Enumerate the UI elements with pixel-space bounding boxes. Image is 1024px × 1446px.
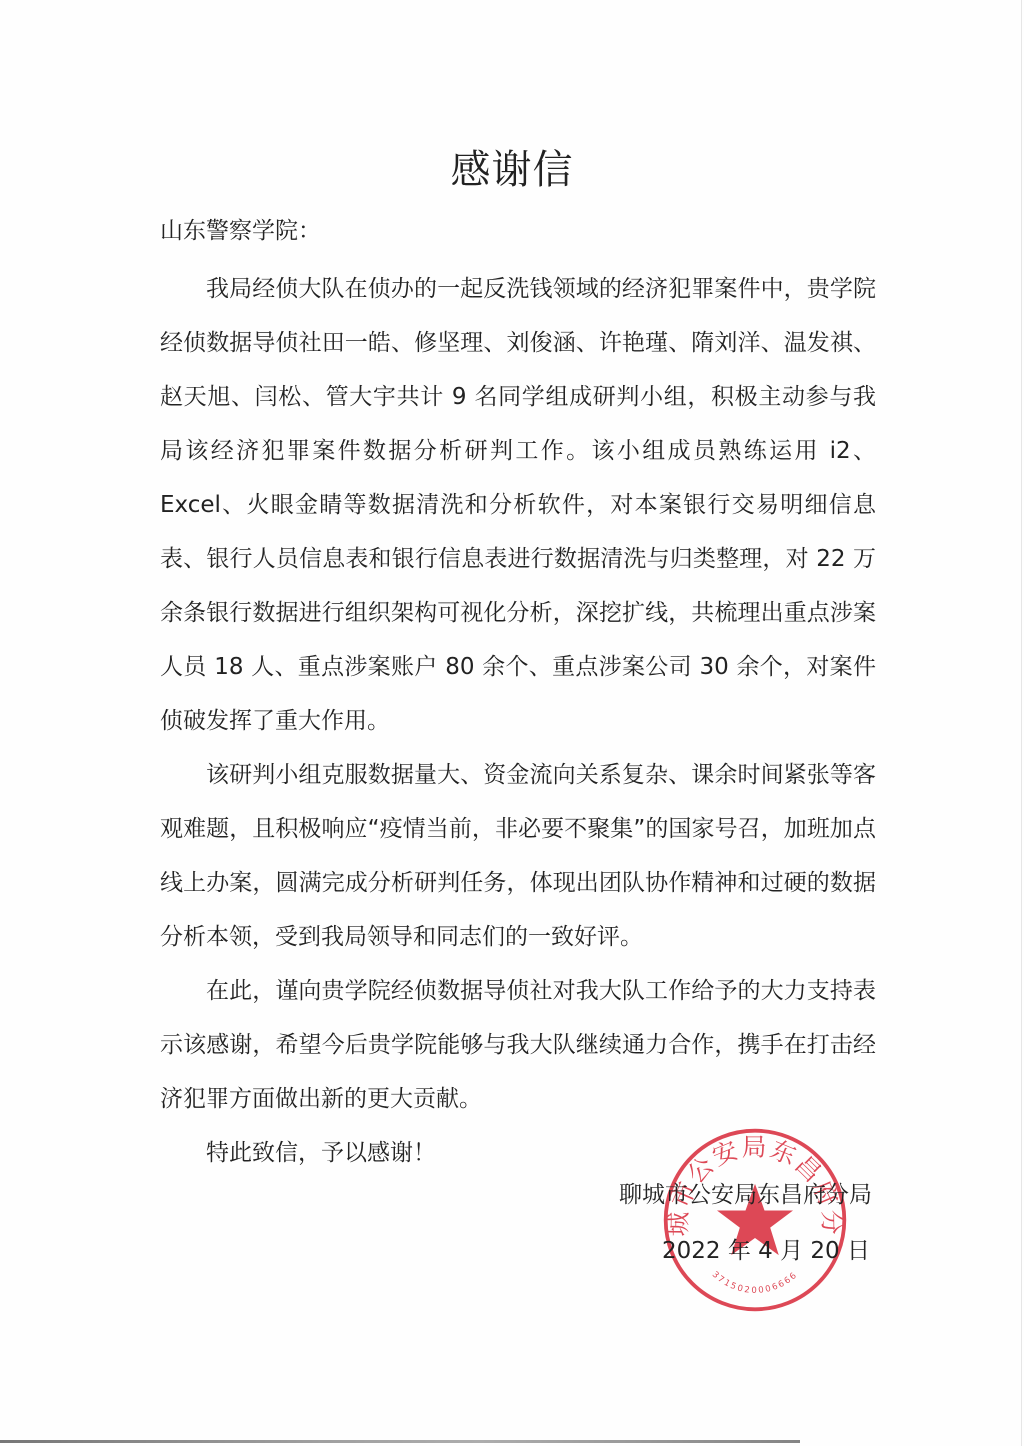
- scan-edge-bottom: [0, 1440, 800, 1443]
- salutation: 山东警察学院：: [160, 212, 321, 245]
- scan-edge-right: [1021, 0, 1022, 1446]
- letter-page: 感谢信 山东警察学院： 我局经侦大队在侦办的一起反洗钱领域的经济犯罪案件中，贵学…: [0, 0, 1024, 1446]
- seal-code: 3715020006666: [710, 1270, 800, 1296]
- signature-organization: 聊城市公安局东昌府分局: [619, 1176, 872, 1209]
- official-seal: 聊城市公安局东昌府分局 3715020006666: [660, 1125, 850, 1315]
- paragraph-3: 在此，谨向贵学院经侦数据导侦社对我大队工作给予的大力支持表示该感谢，希望今后贵学…: [160, 964, 876, 1126]
- signature-date: 2022 年 4 月 20 日: [662, 1232, 870, 1265]
- letter-body: 我局经侦大队在侦办的一起反洗钱领域的经济犯罪案件中，贵学院经侦数据导侦社田一皓、…: [160, 262, 876, 1180]
- paragraph-2: 该研判小组克服数据量大、资金流向关系复杂、课余时间紧张等客观难题，且积极响应“疫…: [160, 748, 876, 964]
- paragraph-1: 我局经侦大队在侦办的一起反洗钱领域的经济犯罪案件中，贵学院经侦数据导侦社田一皓、…: [160, 262, 876, 748]
- document-title: 感谢信: [0, 138, 1024, 195]
